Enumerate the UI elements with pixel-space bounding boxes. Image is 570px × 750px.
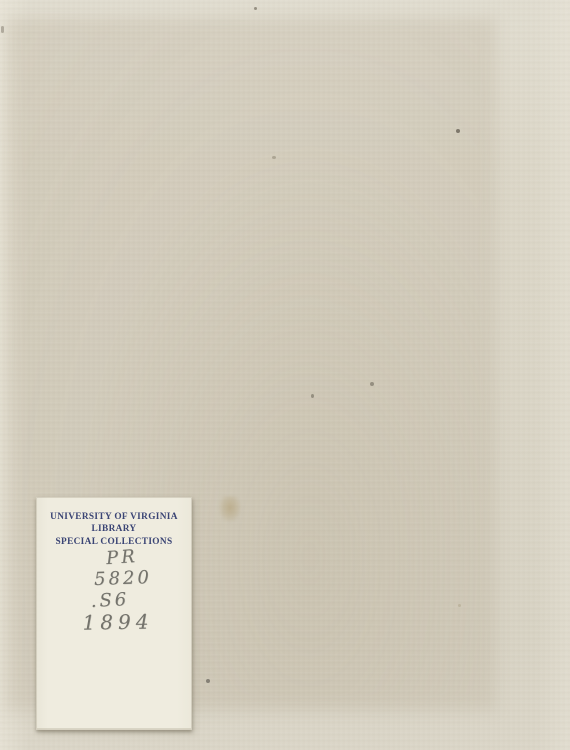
foxing-speck	[206, 679, 210, 683]
foxing-speck	[272, 156, 276, 159]
call-number-class-digits: 5820	[46, 567, 201, 590]
bookplate-printed-text: UNIVERSITY OF VIRGINIA LIBRARY SPECIAL C…	[37, 511, 191, 548]
book-cover-scan: UNIVERSITY OF VIRGINIA LIBRARY SPECIAL C…	[0, 0, 570, 750]
call-number-year: 1894	[41, 611, 195, 634]
foxing-speck	[311, 394, 314, 398]
stain-smudge	[219, 496, 241, 522]
foxing-speck	[370, 382, 374, 386]
foxing-speck	[456, 129, 460, 133]
foxing-speck	[254, 7, 257, 10]
library-bookplate: UNIVERSITY OF VIRGINIA LIBRARY SPECIAL C…	[36, 497, 192, 730]
bookplate-line-institution: UNIVERSITY OF VIRGINIA	[37, 511, 191, 523]
bookplate-line-library: LIBRARY	[37, 523, 191, 535]
foxing-speck	[458, 604, 461, 607]
edge-mark	[1, 26, 4, 33]
